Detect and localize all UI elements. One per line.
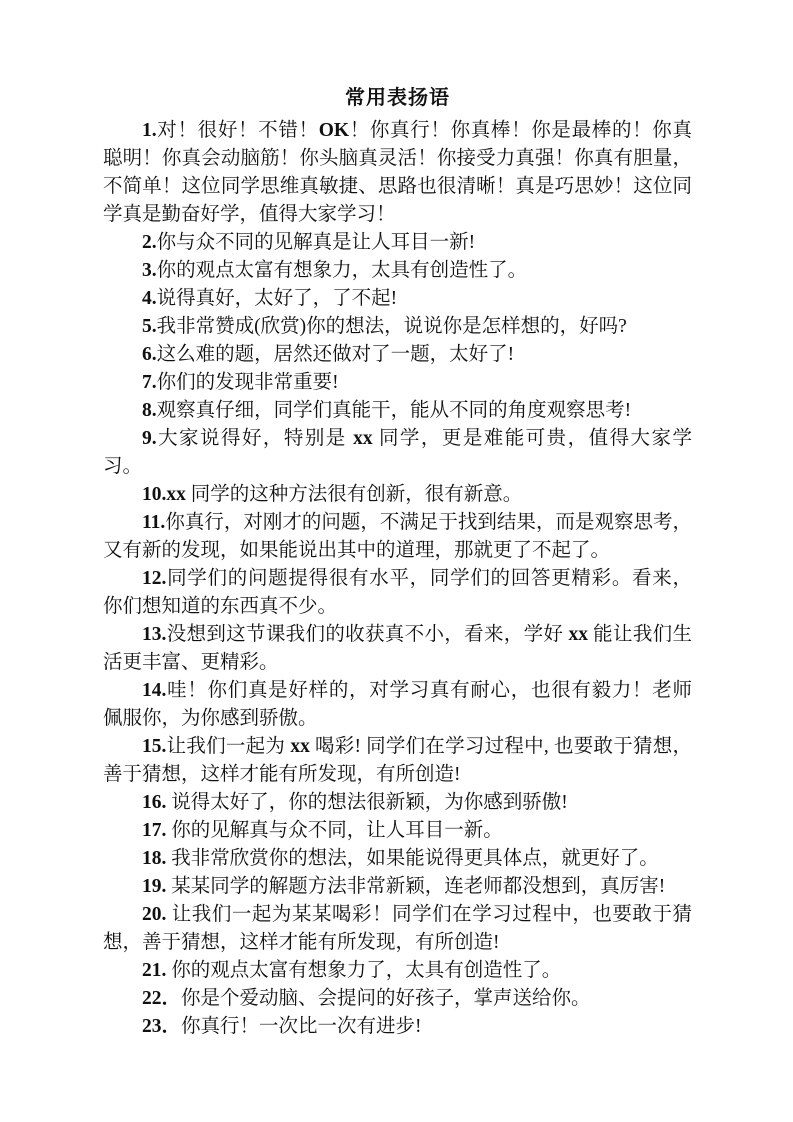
praise-item-text: 你的见解真与众不同，让人耳目一新。 <box>171 820 503 841</box>
praise-item: 19. 某某同学的解题方法非常新颖，连老师都没想到，真厉害! <box>103 873 692 901</box>
praise-item-number: 11. <box>142 512 165 533</box>
praise-item-text: 没想到这节课我们的收获真不小，看来，学好 xx 能让我们生活更丰富、更精彩。 <box>103 624 692 673</box>
praise-item: 13.没想到这节课我们的收获真不小，看来，学好 xx 能让我们生活更丰富、更精彩… <box>103 621 692 677</box>
praise-item-text: 哇！你们真是好样的，对学习真有耐心，也很有毅力！老师佩服你，为你感到骄傲。 <box>103 680 692 729</box>
praise-item: 18. 我非常欣赏你的想法，如果能说得更具体点，就更好了。 <box>103 845 692 873</box>
praise-item-text: 观察真仔细，同学们真能干，能从不同的角度观察思考! <box>157 400 632 421</box>
praise-item: 20. 让我们一起为某某喝彩！同学们在学习过程中，也要敢于猜想，善于猜想，这样才… <box>103 901 692 957</box>
praise-item-text: 你的观点太富有想象力，太具有创造性了。 <box>157 260 528 281</box>
praise-item: 7.你们的发现非常重要! <box>103 369 692 397</box>
praise-item-number: 7. <box>142 372 157 393</box>
praise-item-number: 6. <box>142 344 157 365</box>
praise-item-number: 16. <box>142 792 171 813</box>
praise-item-number: 12. <box>142 568 166 589</box>
praise-item-number: 3. <box>142 260 157 281</box>
praise-item: 11.你真行，对刚才的问题，不满足于找到结果，而是观察思考，又有新的发现，如果能… <box>103 509 692 565</box>
praise-item: 14.哇！你们真是好样的，对学习真有耐心，也很有毅力！老师佩服你，为你感到骄傲。 <box>103 677 692 733</box>
praise-item-number: 1. <box>142 120 157 141</box>
praise-item-text: 你们的发现非常重要! <box>157 372 339 393</box>
praise-item: 21. 你的观点太富有想象力了，太具有创造性了。 <box>103 957 692 985</box>
praise-item-number: 22． <box>142 988 181 1009</box>
praise-item-text: 让我们一起为 xx 喝彩! 同学们在学习过程中, 也要敢于猜想，善于猜想，这样才… <box>103 736 692 785</box>
praise-item-number: 15. <box>142 736 166 757</box>
praise-item-number: 5. <box>142 316 157 337</box>
praise-item-number: 17. <box>142 820 171 841</box>
praise-item-text: 对！很好！不错！OK！你真行！你真棒！你是最棒的！你真聪明！你真会动脑筋！你头脑… <box>103 120 692 225</box>
praise-item-number: 2. <box>142 232 157 253</box>
praise-item: 17. 你的见解真与众不同，让人耳目一新。 <box>103 817 692 845</box>
praise-item-text: 说得太好了，你的想法很新颖，为你感到骄傲! <box>171 792 568 813</box>
praise-item-text: 你真行，对刚才的问题，不满足于找到结果，而是观察思考，又有新的发现，如果能说出其… <box>103 512 692 561</box>
praise-item: 23．你真行！一次比一次有进步! <box>103 1013 692 1041</box>
praise-item-text: 我非常赞成(欣赏)你的想法，说说你是怎样想的，好吗? <box>157 316 627 337</box>
praise-item-text: xx 同学的这种方法很有创新，很有新意。 <box>166 484 522 505</box>
praise-item-number: 13. <box>142 624 166 645</box>
praise-item-text: 这么难的题，居然还做对了一题，太好了! <box>157 344 515 365</box>
praise-item-number: 21. <box>142 960 171 981</box>
praise-item: 6.这么难的题，居然还做对了一题，太好了! <box>103 341 692 369</box>
praise-item: 9.大家说得好，特别是 xx 同学，更是难能可贵，值得大家学习。 <box>103 425 692 481</box>
praise-item-number: 18. <box>142 848 171 869</box>
praise-item: 16. 说得太好了，你的想法很新颖，为你感到骄傲! <box>103 789 692 817</box>
praise-item: 12.同学们的问题提得很有水平，同学们的回答更精彩。看来，你们想知道的东西真不少… <box>103 565 692 621</box>
praise-item-number: 23． <box>142 1016 181 1037</box>
praise-list: 1.对！很好！不错！OK！你真行！你真棒！你是最棒的！你真聪明！你真会动脑筋！你… <box>103 117 692 1041</box>
document-title: 常用表扬语 <box>103 84 692 112</box>
praise-item: 3.你的观点太富有想象力，太具有创造性了。 <box>103 257 692 285</box>
document-content: 常用表扬语 1.对！很好！不错！OK！你真行！你真棒！你是最棒的！你真聪明！你真… <box>103 84 692 1041</box>
praise-item: 4.说得真好，太好了，了不起! <box>103 285 692 313</box>
praise-item-text: 某某同学的解题方法非常新颖，连老师都没想到，真厉害! <box>171 876 665 897</box>
praise-item-text: 同学们的问题提得很有水平，同学们的回答更精彩。看来，你们想知道的东西真不少。 <box>103 568 692 617</box>
praise-item-number: 14. <box>142 680 166 701</box>
praise-item: 8.观察真仔细，同学们真能干，能从不同的角度观察思考! <box>103 397 692 425</box>
praise-item-number: 10. <box>142 484 166 505</box>
praise-item-text: 你的观点太富有想象力了，太具有创造性了。 <box>171 960 561 981</box>
praise-item-text: 我非常欣赏你的想法，如果能说得更具体点，就更好了。 <box>171 848 659 869</box>
praise-item-text: 你与众不同的见解真是让人耳目一新! <box>157 232 476 253</box>
praise-item-text: 你真行！一次比一次有进步! <box>181 1016 422 1037</box>
praise-item-number: 19. <box>142 876 171 897</box>
praise-item: 10.xx 同学的这种方法很有创新，很有新意。 <box>103 481 692 509</box>
praise-item-text: 你是个爱动脑、会提问的好孩子，掌声送给你。 <box>181 988 591 1009</box>
praise-item-number: 9. <box>142 428 157 449</box>
praise-item: 22．你是个爱动脑、会提问的好孩子，掌声送给你。 <box>103 985 692 1013</box>
praise-item: 1.对！很好！不错！OK！你真行！你真棒！你是最棒的！你真聪明！你真会动脑筋！你… <box>103 117 692 229</box>
praise-item-number: 20. <box>142 904 172 925</box>
document-page: 常用表扬语 1.对！很好！不错！OK！你真行！你真棒！你是最棒的！你真聪明！你真… <box>0 0 793 1122</box>
praise-item: 2.你与众不同的见解真是让人耳目一新! <box>103 229 692 257</box>
praise-item-number: 4. <box>142 288 157 309</box>
praise-item: 15.让我们一起为 xx 喝彩! 同学们在学习过程中, 也要敢于猜想，善于猜想，… <box>103 733 692 789</box>
praise-item-number: 8. <box>142 400 157 421</box>
praise-item-text: 大家说得好，特别是 xx 同学，更是难能可贵，值得大家学习。 <box>103 428 692 477</box>
praise-item-text: 说得真好，太好了，了不起! <box>157 288 398 309</box>
praise-item: 5.我非常赞成(欣赏)你的想法，说说你是怎样想的，好吗? <box>103 313 692 341</box>
praise-item-text: 让我们一起为某某喝彩！同学们在学习过程中，也要敢于猜想，善于猜想，这样才能有所发… <box>103 904 692 953</box>
